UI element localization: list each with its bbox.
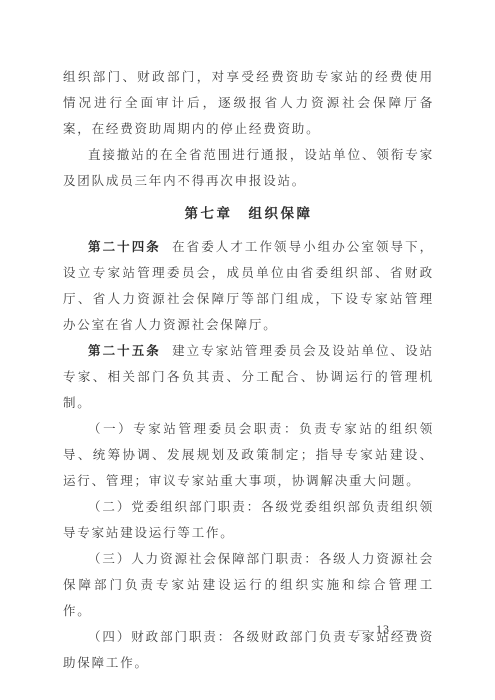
page-number: —13— [351, 622, 415, 637]
paragraph-audit-continuation: 组织部门、财政部门，对享受经费资助专家站的经费使用情况进行全面审计后，逐级报省人… [63, 64, 434, 142]
list-item-1-committee-duty: （一）专家站管理委员会职责：负责专家站的组织领导、统筹协调、发展规划及政策制定；… [63, 416, 434, 494]
page-number-dash-right: — [390, 622, 415, 636]
chapter-heading: 第七章 组织保障 [63, 201, 434, 227]
document-body: 组织部门、财政部门，对享受经费资助专家站的经费使用情况进行全面审计后，逐级报省人… [63, 64, 434, 676]
paragraph-withdraw-notice: 直接撤站的在全省范围进行通报，设站单位、领衔专家及团队成员三年内不得再次申报设站… [63, 142, 434, 194]
list-item-3-hr-social-security-duty: （三）人力资源社会保障部门职责：各级人力资源社会保障部门负责专家站建设运行的组织… [63, 546, 434, 624]
page-number-dash-left: — [351, 622, 376, 636]
list-item-2-party-committee-duty: （二）党委组织部门职责：各级党委组织部负责组织领导专家站建设运行等工作。 [63, 494, 434, 546]
article-25: 第二十五条建立专家站管理委员会及设站单位、设站专家、相关部门各负其责、分工配合、… [63, 338, 434, 416]
article-24: 第二十四条在省委人才工作领导小组办公室领导下，设立专家站管理委员会，成员单位由省… [63, 234, 434, 338]
page-number-value: 13 [376, 622, 390, 636]
article-25-number: 第二十五条 [88, 344, 161, 358]
document-page: 组织部门、财政部门，对享受经费资助专家站的经费使用情况进行全面审计后，逐级报省人… [0, 0, 495, 700]
article-24-number: 第二十四条 [88, 240, 161, 254]
